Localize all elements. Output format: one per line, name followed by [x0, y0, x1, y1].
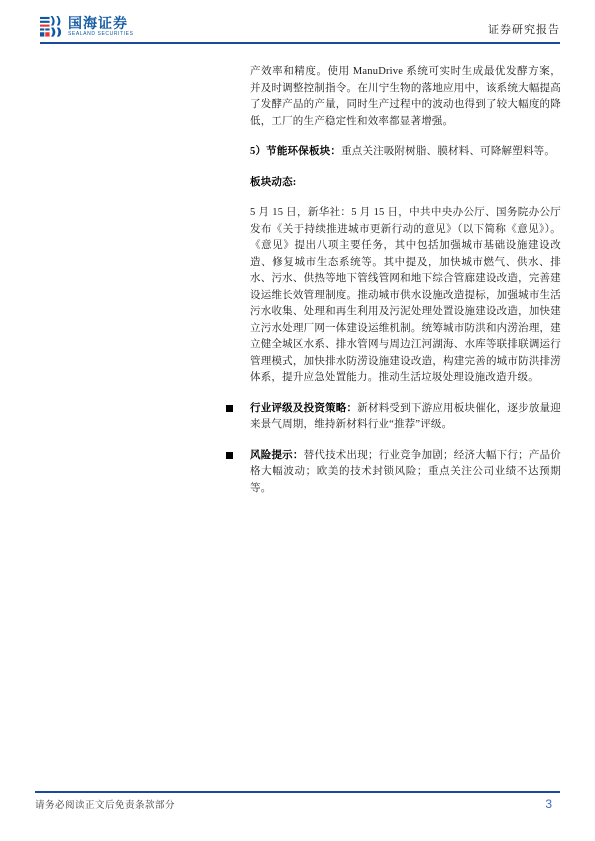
brand-name-en: SEALAND SECURITIES [68, 32, 134, 37]
report-body: 产效率和精度。使用 ManuDrive 系统可实时生成最优发酵方案，并及时调整控… [250, 64, 561, 511]
footer-disclaimer: 请务必阅读正文后免责条款部分 [35, 797, 175, 811]
paragraph-point5: 5）节能环保板块：重点关注吸附树脂、膜材料、可降解塑料等。 [250, 144, 561, 161]
bullet-square-icon [226, 452, 233, 459]
sealand-logo-icon [40, 15, 63, 38]
bullet-square-icon [226, 405, 233, 412]
bullet-rating-strategy: 行业评级及投资策略：新材料受到下游应用板块催化，逐步放量迎来景气周期，维持新材料… [250, 401, 561, 434]
bullet-risk-label: 风险提示： [250, 450, 304, 461]
brand: 国海证券 SEALAND SECURITIES [40, 15, 134, 38]
paragraph-manudrive: 产效率和精度。使用 ManuDrive 系统可实时生成最优发酵方案，并及时调整控… [250, 64, 561, 130]
bullet-risk-warning: 风险提示：替代技术出现；行业竞争加剧；经济大幅下行；产品价格大幅波动；欧美的技术… [250, 448, 561, 498]
doc-type-label: 证券研究报告 [488, 21, 560, 38]
section-heading-sector-news: 板块动态: [250, 175, 561, 192]
point5-text: 重点关注吸附树脂、膜材料、可降解塑料等。 [341, 146, 555, 157]
point5-label: 5）节能环保板块： [250, 146, 341, 157]
bullet-rating-label: 行业评级及投资策略： [250, 403, 357, 414]
page-number: 3 [545, 797, 560, 811]
brand-name-cn: 国海证券 [68, 16, 134, 30]
report-header: 国海证券 SEALAND SECURITIES 证券研究报告 [0, 0, 595, 44]
report-page: 国海证券 SEALAND SECURITIES 证券研究报告 产效率和精度。使用… [0, 0, 595, 841]
header-divider [40, 42, 560, 44]
summary-bullet-list: 行业评级及投资策略：新材料受到下游应用板块催化，逐步放量迎来景气周期，维持新材料… [250, 401, 561, 498]
footer-divider [35, 791, 560, 793]
paragraph-policy-news: 5 月 15 日，新华社：5 月 15 日，中共中央办公厅、国务院办公厅发布《关… [250, 205, 561, 387]
report-footer: 请务必阅读正文后免责条款部分 3 [35, 791, 560, 811]
